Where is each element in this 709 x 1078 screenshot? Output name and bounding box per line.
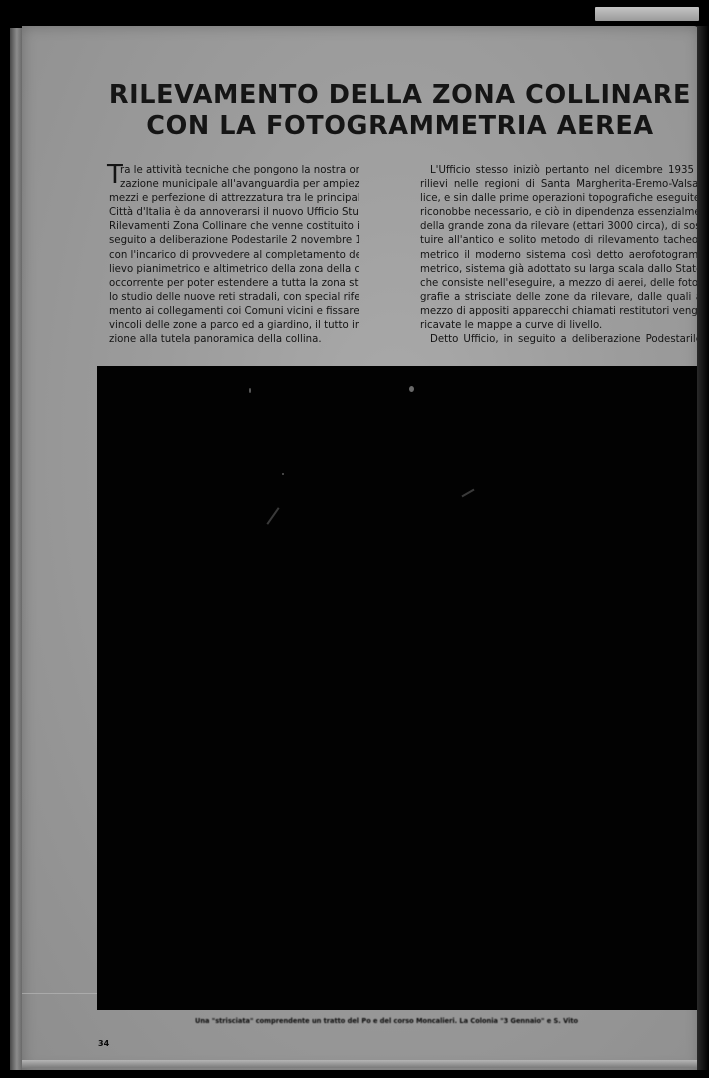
aerial-photograph <box>97 366 698 1010</box>
title-line-2: CON LA FOTOGRAMMETRIA AEREA <box>100 111 700 142</box>
page-tab-strip <box>595 7 699 21</box>
right-text-column: L'Ufficio stesso iniziò pertanto nel dic… <box>420 164 702 347</box>
text-line: metrico il moderno sistema così detto ae… <box>420 249 702 263</box>
text-line: Città d'Italia è da annoverarsi il nuovo… <box>109 206 359 220</box>
text-line: metrico, sistema già adottato su larga s… <box>420 263 702 277</box>
page-right-edge <box>697 26 709 1070</box>
text-line: occorrente per poter estendere a tutta l… <box>109 277 359 291</box>
figure-caption: Una "strisciata" comprendente un tratto … <box>195 1017 605 1026</box>
text-line: tuire all'antico e solito metodo di rile… <box>420 234 702 248</box>
article-title: RILEVAMENTO DELLA ZONA COLLINARE CON LA … <box>100 80 700 142</box>
text-line: zazione municipale all'avanguardia per a… <box>109 178 359 192</box>
text-line: seguito a deliberazione Podestarile 2 no… <box>109 234 359 248</box>
text-line: rilievi nelle regioni di Santa Margherit… <box>420 178 702 192</box>
text-line: ricavate le mappe a curve di livello. <box>420 319 702 333</box>
page-bottom-edge <box>22 1060 700 1068</box>
text-line: vincoli delle zone a parco ed a giardino… <box>109 319 359 333</box>
text-line: Detto Ufficio, in seguito a deliberazion… <box>420 333 702 347</box>
text-line: che consiste nell'eseguire, a mezzo di a… <box>420 277 702 291</box>
photo-speck <box>409 386 414 392</box>
photo-streak <box>266 507 279 525</box>
text-line: ra le attività tecniche che pongono la n… <box>109 164 359 178</box>
text-line: mento ai collegamenti coi Comuni vicini … <box>109 305 359 319</box>
page-number: 34 <box>98 1039 109 1048</box>
photo-speck <box>249 388 251 393</box>
text-line: lice, e sin dalle prime operazioni topog… <box>420 192 702 206</box>
text-line: grafie a strisciate delle zone da rileva… <box>420 291 702 305</box>
text-line: lievo pianimetrico e altimetrico della z… <box>109 263 359 277</box>
text-line: mezzo di appositi apparecchi chiamati re… <box>420 305 702 319</box>
text-line: lo studio delle nuove reti stradali, con… <box>109 291 359 305</box>
text-line: mezzi e perfezione di attrezzatura tra l… <box>109 192 359 206</box>
photo-streak <box>461 489 474 498</box>
margin-rule <box>22 993 97 994</box>
title-line-1: RILEVAMENTO DELLA ZONA COLLINARE <box>100 80 700 111</box>
text-line: con l'incarico di provvedere al completa… <box>109 249 359 263</box>
text-line: zione alla tutela panoramica della colli… <box>109 333 359 347</box>
text-line: L'Ufficio stesso iniziò pertanto nel dic… <box>420 164 702 178</box>
text-line: Rilevamenti Zona Collinare che venne cos… <box>109 220 359 234</box>
photo-speck <box>282 473 284 475</box>
text-line: riconobbe necessario, e ciò in dipendenz… <box>420 206 702 220</box>
text-line: della grande zona da rilevare (ettari 30… <box>420 220 702 234</box>
left-text-column: ra le attività tecniche che pongono la n… <box>109 164 359 347</box>
